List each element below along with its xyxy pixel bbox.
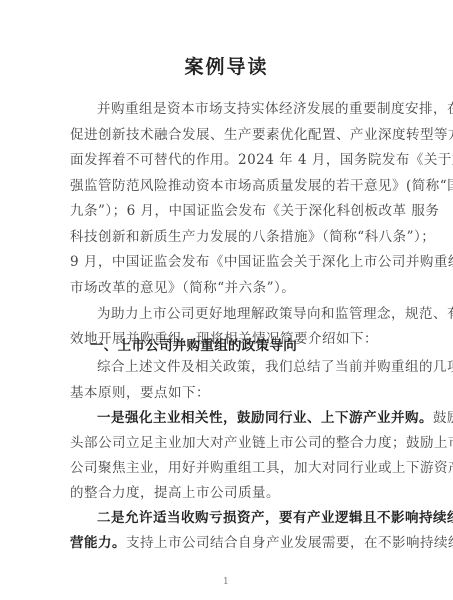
section-heading: 一、上市公司并购重组的政策导向	[90, 334, 297, 354]
paragraph-line: 公司聚焦主业，用好并购重组工具，加大对同行业或上下游资产	[70, 459, 382, 477]
paragraph-line: 市场改革的意见》（简称“并六条”）。	[70, 279, 382, 297]
paragraph-line: 并购重组是资本市场支持实体经济发展的重要制度安排，在	[97, 100, 382, 118]
document-title: 案例导读	[0, 52, 453, 79]
point-one-first-line: 一是强化主业相关性，鼓励同行业、上下游产业并购。鼓励	[97, 409, 382, 427]
paragraph-line: 头部公司立足主业加大对产业链上市公司的整合力度；鼓励上市	[70, 434, 382, 452]
paragraph-line: 为助力上市公司更好地理解政策导向和监管理念，规范、有	[97, 305, 382, 323]
point-two-heading: 二是允许适当收购亏损资产，要有产业逻辑且不影响持续经	[97, 509, 382, 527]
paragraph-line: 的整合力度，提高上市公司质量。	[70, 484, 382, 502]
point-one-text: 鼓励	[433, 410, 453, 426]
paragraph-line: 9 月，中国证监会发布《中国证监会关于深化上市公司并购重组	[70, 253, 382, 271]
point-two-second-line: 营能力。支持上市公司结合自身产业发展需要，在不影响持续经	[70, 534, 382, 552]
point-two-text: 支持上市公司结合自身产业发展需要，在不影响持续经	[126, 535, 453, 551]
paragraph-line: 促进创新技术融合发展、生产要素优化配置、产业深度转型等方	[70, 126, 382, 144]
paragraph-line: 强监管防范风险推动资本市场高质量发展的若干意见》(简称“国	[70, 177, 382, 195]
paragraph-line: 面发挥着不可替代的作用。2024 年 4 月，国务院发布《关于加	[70, 151, 382, 169]
page-number: 1	[223, 577, 229, 587]
paragraph-line: 基本原则，要点如下：	[70, 384, 382, 402]
point-one-heading: 一是强化主业相关性，鼓励同行业、上下游产业并购。	[97, 410, 433, 426]
point-two-heading-end: 营能力。	[70, 535, 126, 551]
paragraph-line: 综合上述文件及相关政策，我们总结了当前并购重组的几项	[97, 358, 382, 376]
paragraph-line: 九条”）；6 月，中国证监会发布《关于深化科创板改革 服务	[70, 202, 382, 220]
paragraph-line: 科技创新和新质生产力发展的八条措施》（简称“科八条”）；	[70, 228, 382, 246]
